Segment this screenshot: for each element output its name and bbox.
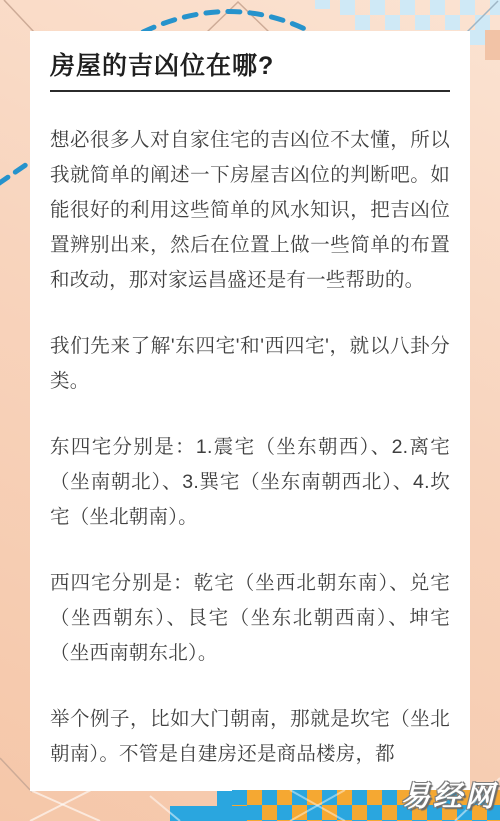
triangle-outline-top [207,2,269,32]
article-paragraph: 我们先来了解'东四宅'和'西四宅'，就以八卦分类。 [50,329,450,399]
article-card: 房屋的吉凶位在哪? 想必很多人对自家住宅的吉凶位不太懂，所以我就简单的阐述一下房… [30,31,470,791]
article-content: 房屋的吉凶位在哪? 想必很多人对自家住宅的吉凶位不太懂，所以我就简单的阐述一下房… [30,51,470,772]
corner-line-bottom-left [0,758,32,792]
article-paragraph: 举个例子，比如大门朝南，那就是坎宅（坐北朝南）。不管是自建房还是商品楼房，都 [50,702,450,772]
poster-background: 房屋的吉凶位在哪? 想必很多人对自家住宅的吉凶位不太懂，所以我就简单的阐述一下房… [0,0,500,821]
article-paragraph: 想必很多人对自家住宅的吉凶位不太懂，所以我就简单的阐述一下房屋吉凶位的判断吧。如… [50,123,450,298]
article-title: 房屋的吉凶位在哪? [50,51,450,92]
dashed-segment-left-edge [0,162,30,184]
watermark-logo: 易经网 [401,774,497,815]
article-paragraph: 东四宅分别是：1.震宅（坐东朝西）、2.离宅（坐南朝北）、3.巽宅（坐东南朝西北… [50,430,450,535]
article-paragraph: 西四宅分别是：乾宅（坐西北朝东南）、兑宅（坐西朝东）、艮宅（坐东北朝西南）、坤宅… [50,566,450,671]
bottom-blue-strip [170,806,247,821]
bottom-blue-square [217,791,232,806]
